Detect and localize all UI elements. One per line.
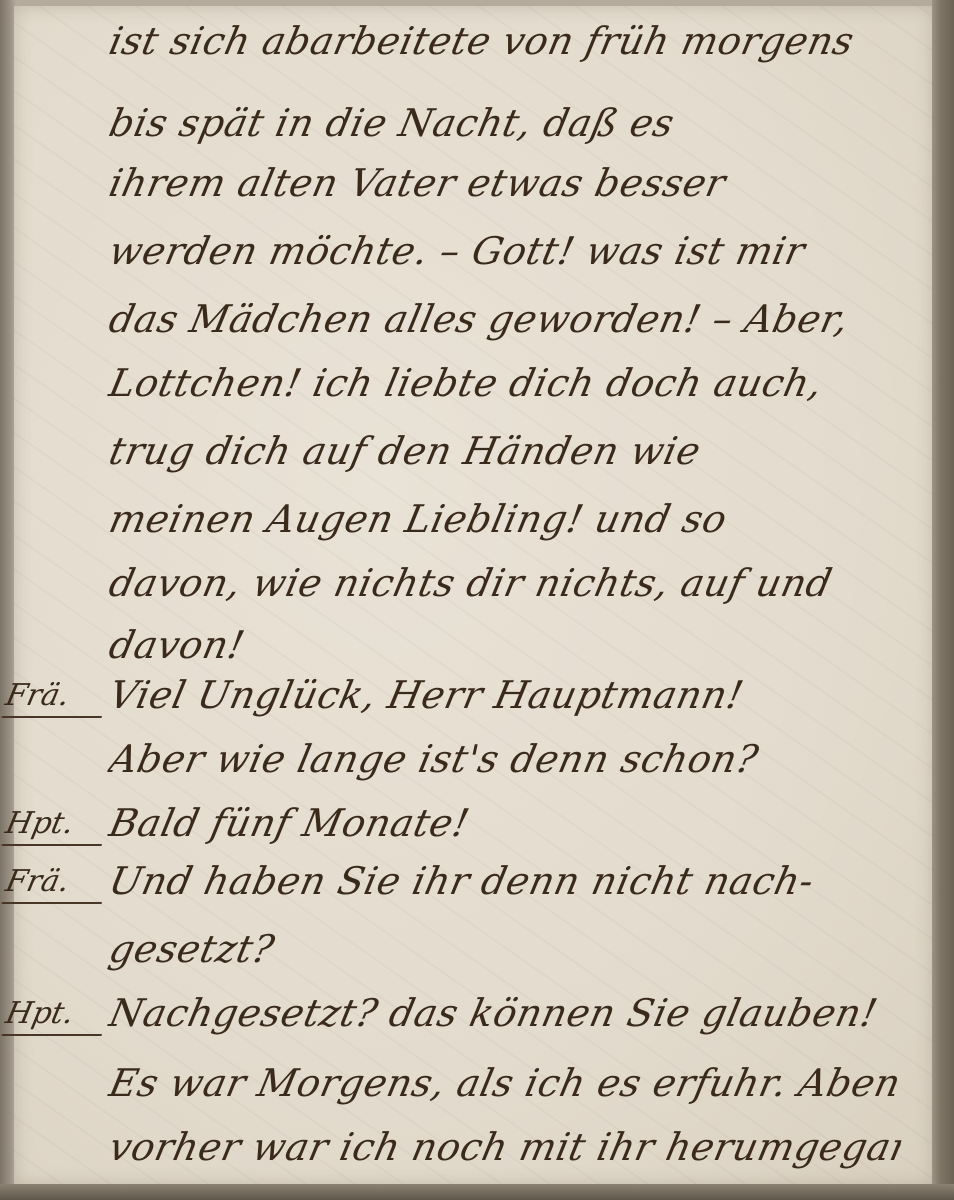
speaker-label: Hpt. xyxy=(2,994,111,1036)
speaker-label: Frä. xyxy=(2,676,111,718)
text-line: werden möchte. – Gott! was ist mir xyxy=(105,228,905,274)
text-line: Bald fünf Monate! xyxy=(105,800,905,846)
manuscript-text: ist sich abarbeitete von früh morgens bi… xyxy=(0,0,954,1200)
text-line: vorher war ich noch mit ihr herumgegange… xyxy=(105,1124,905,1170)
text-line: meinen Augen Liebling! und so xyxy=(105,496,905,542)
text-line: ist sich abarbeitete von früh morgens xyxy=(105,18,905,64)
text-line: Nachgesetzt? das können Sie glauben! xyxy=(105,990,905,1036)
text-line: ihrem alten Vater etwas besser xyxy=(105,160,905,206)
text-line: davon! xyxy=(105,622,905,668)
text-line: Viel Unglück, Herr Hauptmann! xyxy=(105,672,905,718)
speaker-label: Hpt. xyxy=(2,804,111,846)
speaker-label: Frä. xyxy=(2,862,111,904)
text-line: Aber wie lange ist's denn schon? xyxy=(105,736,905,782)
text-line: davon, wie nichts dir nichts, auf und xyxy=(105,560,905,606)
text-line: Lottchen! ich liebte dich doch auch, xyxy=(105,360,905,406)
text-line: Und haben Sie ihr denn nicht nach- xyxy=(105,858,905,904)
text-line: Es war Morgens, als ich es erfuhr. Abend… xyxy=(105,1060,905,1106)
text-line: gesetzt? xyxy=(105,926,905,972)
text-line: das Mädchen alles geworden! – Aber, xyxy=(105,296,905,342)
text-line: bis spät in die Nacht, daß es xyxy=(105,100,905,146)
text-line: trug dich auf den Händen wie xyxy=(105,428,905,474)
